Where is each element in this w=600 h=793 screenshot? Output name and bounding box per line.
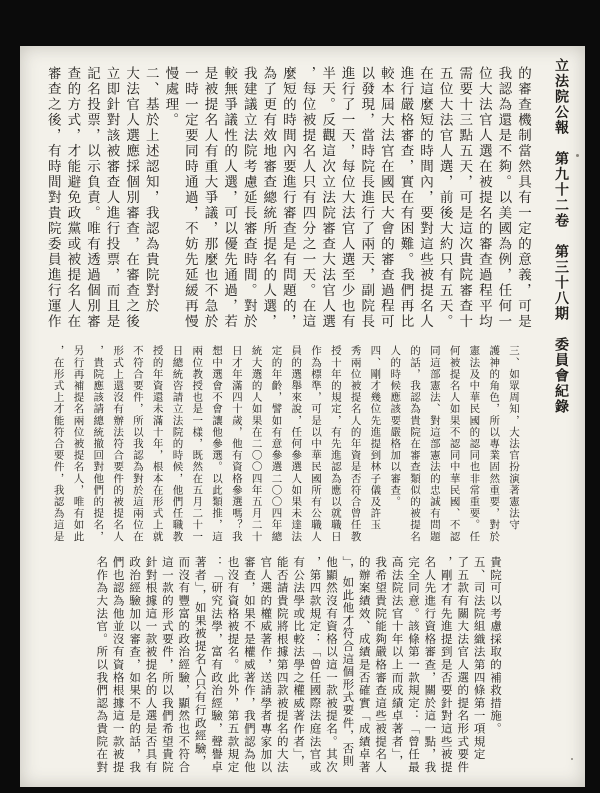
text-column: 五位大法官人選，前後大約只有五天。 xyxy=(435,66,455,336)
text-column: 想中選會不會讓他參選。以此類推，這 xyxy=(206,345,226,544)
text-column: 授的年資還未滿十年，根本在形式上就 xyxy=(147,345,167,544)
text-column: 這一款的形式要件，所以我們希望貴院 xyxy=(158,556,174,776)
text-column: 何被提名人如果不認同中華民國、不認 xyxy=(444,345,464,544)
text-column: 審查，如果不是權威著作，我們認為他 xyxy=(241,556,257,776)
text-column: 立即針對該被審查人進行投票，而且是 xyxy=(102,66,122,336)
text-column: 針對根據這一款被提名的人選是否具有 xyxy=(142,556,158,776)
text-column: 的話，我認為貴院在審查類似的被提名 xyxy=(404,345,424,544)
text-column: 兩位教授也是一樣，既然在五月二十一 xyxy=(186,345,206,544)
text-column: 了五款有關大法官人選的提名形式要件 xyxy=(454,556,470,776)
text-column: 較無爭議性的人選，可以優先通過，若 xyxy=(220,66,240,336)
text-column: 著者」，如果被提名人只有行政經驗， xyxy=(191,556,207,776)
text-column: 慢處理。 xyxy=(161,66,181,336)
text-column: 而沒有豐富的政治經驗，顯然也不符合 xyxy=(175,556,191,776)
text-column: ，每位被提名人只有四分之一天。在這 xyxy=(298,66,318,336)
text-column: 統大選的人如果在二〇〇四年五月二十 xyxy=(246,345,266,544)
text-column: 名作為大法官。所以我們認為貴院在對 xyxy=(93,556,109,776)
text-band-middle: 三、如眾周知，大法官扮演著憲法守護神的角色，所以專業固然重要，對於憲法及中華民國… xyxy=(47,345,523,544)
text-column: 能否請貴院將根據第四款被提名的大法 xyxy=(273,556,289,776)
scan-speck xyxy=(576,154,579,157)
text-column: 政治經驗加以審查，如果不是的話，我 xyxy=(126,556,142,776)
text-band-bottom: 貴院可以考慮採取的補救措施。五、司法院組織法第四條第一項規定了五款有關大法官人選… xyxy=(93,556,503,776)
text-column: 四、剛才幾位先進提到林子儀及許玉 xyxy=(365,345,385,544)
text-column: 在這麼短的時間內，要對這些被提名人 xyxy=(415,66,435,336)
text-column: 我建議立法院考慮延長審查時間。對於 xyxy=(239,66,259,336)
text-column: 大法官人選應採個別審查，在審查之後 xyxy=(122,66,142,336)
text-column: 授十年的規定，有先進認為應以就職日 xyxy=(325,345,345,544)
text-column: 有公法學或比較法學之權威著作者」， xyxy=(290,556,306,776)
text-column: 同這部憲法、對這部憲法的忠誠有問題 xyxy=(424,345,444,544)
text-column: 為了更有效地審查總統所提名的人選， xyxy=(259,66,279,336)
text-column: 以發現，當時院長進行了兩天，副院長 xyxy=(357,66,377,336)
text-column: 日才年滿四十歲，他有資格參選嗎？我 xyxy=(226,345,246,544)
text-column: 查的方式，才能避免政黨或被提名人在 xyxy=(63,66,83,336)
text-column: 審查之後，有時間對貴院委員進行運作 xyxy=(43,66,63,336)
text-column: ，第四款規定：「曾任國際法庭法官或 xyxy=(306,556,322,776)
text-column: 完全同意。該條第一款規定：「曾任最 xyxy=(405,556,421,776)
text-column: 一時一定要同時通過，不妨先延緩再慢 xyxy=(180,66,200,336)
text-column: ，剛才有先進提到是否要針對這些被提 xyxy=(437,556,453,776)
text-column: 貴院可以考慮採取的補救措施。 xyxy=(487,556,503,776)
text-column: 員的選舉來說，任何參選人如果未達法 xyxy=(285,345,305,544)
running-header: 立法院公報 第九十二卷 第三十八期 委員會紀錄 xyxy=(549,58,571,428)
text-column: 們也認為他並沒有資格根據這一款被提 xyxy=(109,556,125,776)
text-column: 位大法官人選在被提名的審查過程平均 xyxy=(474,66,494,336)
text-column: ：「研究法學，富有政治經驗，聲譽卓 xyxy=(208,556,224,776)
text-column: 另行再補提名兩位被提名人，唯有如此 xyxy=(68,345,88,544)
text-column: 憲法及中華民國的認同也非常重要。任 xyxy=(464,345,484,544)
text-column: 進行嚴格審查，實在有困難。我們再比 xyxy=(396,66,416,336)
text-column: 他顯然沒有資格以這一款被提名。其次 xyxy=(323,556,339,776)
text-column: 較本屆大法官在國民大會的審查過程可 xyxy=(376,66,396,336)
scan-speck xyxy=(571,758,573,760)
text-column: 記名投票，以示負責。唯有透過個別審 xyxy=(82,66,102,336)
text-column: 護神的角色，所以專業固然重要，對於 xyxy=(483,345,503,544)
text-column: 三、如眾周知，大法官扮演著憲法守 xyxy=(503,345,523,544)
text-column: 」，如此他才符合這個形式要件，否則 xyxy=(339,556,355,776)
text-column: 的辦案績效、成績是否確實「成績卓著 xyxy=(355,556,371,776)
text-column: 也沒有資格被提名。此外，第五款規定 xyxy=(224,556,240,776)
text-column: 我希望貴院能夠嚴格審查這些被提名人 xyxy=(372,556,388,776)
text-column: 日總統咨請立法院的時候，他們任職教 xyxy=(167,345,187,544)
text-column: 人的時候應該要嚴格加以審查。 xyxy=(384,345,404,544)
text-column: 秀兩位被提名人的年資是否符合曾任教 xyxy=(345,345,365,544)
text-column: 半天。反觀這次立法院審查大法官人選 xyxy=(317,66,337,336)
text-column: 高法院法官十年以上而成績卓著者」， xyxy=(388,556,404,776)
text-column: 進行了一天，每位大法官人選至少也有 xyxy=(337,66,357,336)
text-column: 我認為還是不夠。以美國為例，任何一 xyxy=(494,66,514,336)
text-column: 是被提名人有重大爭議，那麼也不急於 xyxy=(200,66,220,336)
text-column: 需要十三點五天，可是這次貴院審查十 xyxy=(455,66,475,336)
text-column: 作為標準，可是以中華民國所有公職人 xyxy=(305,345,325,544)
text-column: 形式上還沒有辦法符合要件的被提名人 xyxy=(107,345,127,544)
text-column: ，在形式上才能符合要件，我認為這是 xyxy=(48,345,68,544)
gazette-page: 立法院公報 第九十二卷 第三十八期 委員會紀錄 的審查機制當然具有一定的意義，可… xyxy=(20,46,585,787)
text-column: 的審查機制當然具有一定的意義，可是 xyxy=(513,66,533,336)
text-column: 麼短的時間內要進行審查是有問題的， xyxy=(278,66,298,336)
scanned-gazette-screenshot: { "colors": { "frame": "#0b0b0b", "paper… xyxy=(0,0,600,793)
text-column: 不符合要件，所以我認為對於這兩位在 xyxy=(127,345,147,544)
text-band-top: 的審查機制當然具有一定的意義，可是我認為還是不夠。以美國為例，任何一位大法官人選… xyxy=(41,66,533,336)
text-column: ，貴院應該請總統撤回對他們的提名， xyxy=(87,345,107,544)
text-column: 定的年齡，譬如有意參選二〇〇四年總 xyxy=(266,345,286,544)
text-column: 二、基於上述認知，我認為貴院對於 xyxy=(141,66,161,336)
text-column: 官人選的權威著作，送請學者專家加以 xyxy=(257,556,273,776)
text-column: 五、司法院組織法第四條第一項規定 xyxy=(470,556,486,776)
text-column: 名人先進行資格審查，關於這一點，我 xyxy=(421,556,437,776)
